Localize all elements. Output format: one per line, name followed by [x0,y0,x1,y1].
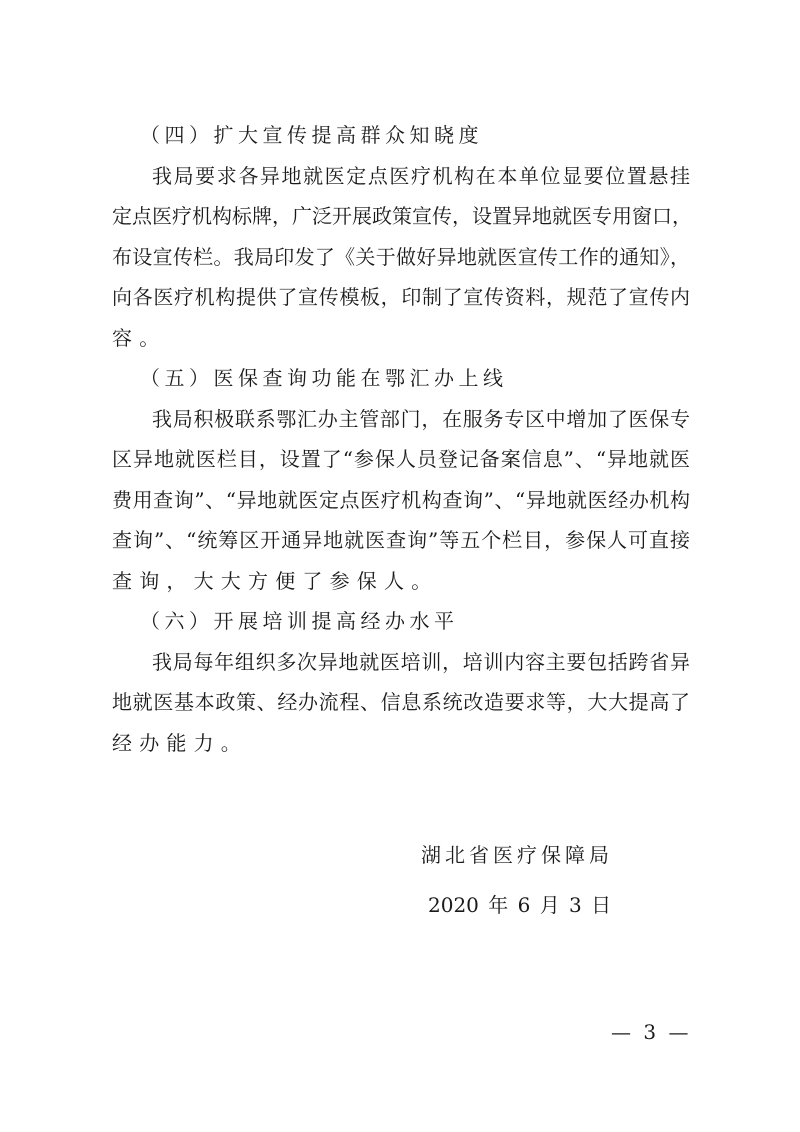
paragraph-line: 我局积极联系鄂汇办主管部门，在服务专区中增加了医保专 [112,399,690,440]
paragraph-line: 定点医疗机构标牌，广泛开展政策宣传，设置异地就医专用窗口， [112,196,690,237]
document-page: （四）扩大宣传提高群众知晓度 我局要求各异地就医定点医疗机构在本单位显要位置悬挂… [0,0,800,1132]
paragraph-line: 费用查询”、“异地就医定点医疗机构查询”、“异地就医经办机构 [112,480,690,521]
paragraph-line: 区异地就医栏目，设置了“参保人员登记备案信息”、“异地就医 [112,439,690,480]
section-heading-4: （四）扩大宣传提高群众知晓度 [112,115,690,156]
paragraph-line: 查询，大大方便了参保人。 [112,561,690,602]
document-body: （四）扩大宣传提高群众知晓度 我局要求各异地就医定点医疗机构在本单位显要位置悬挂… [112,115,690,763]
paragraph-line: 地就医基本政策、经办流程、信息系统改造要求等，大大提高了 [112,682,690,723]
paragraph-line: 我局每年组织多次异地就医培训，培训内容主要包括跨省异 [112,642,690,683]
paragraph-line: 向各医疗机构提供了宣传模板，印制了宣传资料，规范了宣传内 [112,277,690,318]
paragraph-line: 查询”、“统筹区开通异地就医查询”等五个栏目，参保人可直接 [112,520,690,561]
issuer-signature: 湖北省医疗保障局 [421,843,613,867]
paragraph-line: 布设宣传栏。我局印发了《关于做好异地就医宣传工作的通知》， [112,237,690,278]
issue-date: 2020 年 6 月 3 日 [428,893,611,917]
paragraph-line: 我局要求各异地就医定点医疗机构在本单位显要位置悬挂 [112,156,690,197]
page-number: — 3 — [611,1020,688,1044]
paragraph-line: 经办能力。 [112,723,690,764]
paragraph-line: 容。 [112,318,690,359]
section-heading-6: （六）开展培训提高经办水平 [112,601,690,642]
section-heading-5: （五）医保查询功能在鄂汇办上线 [112,358,690,399]
